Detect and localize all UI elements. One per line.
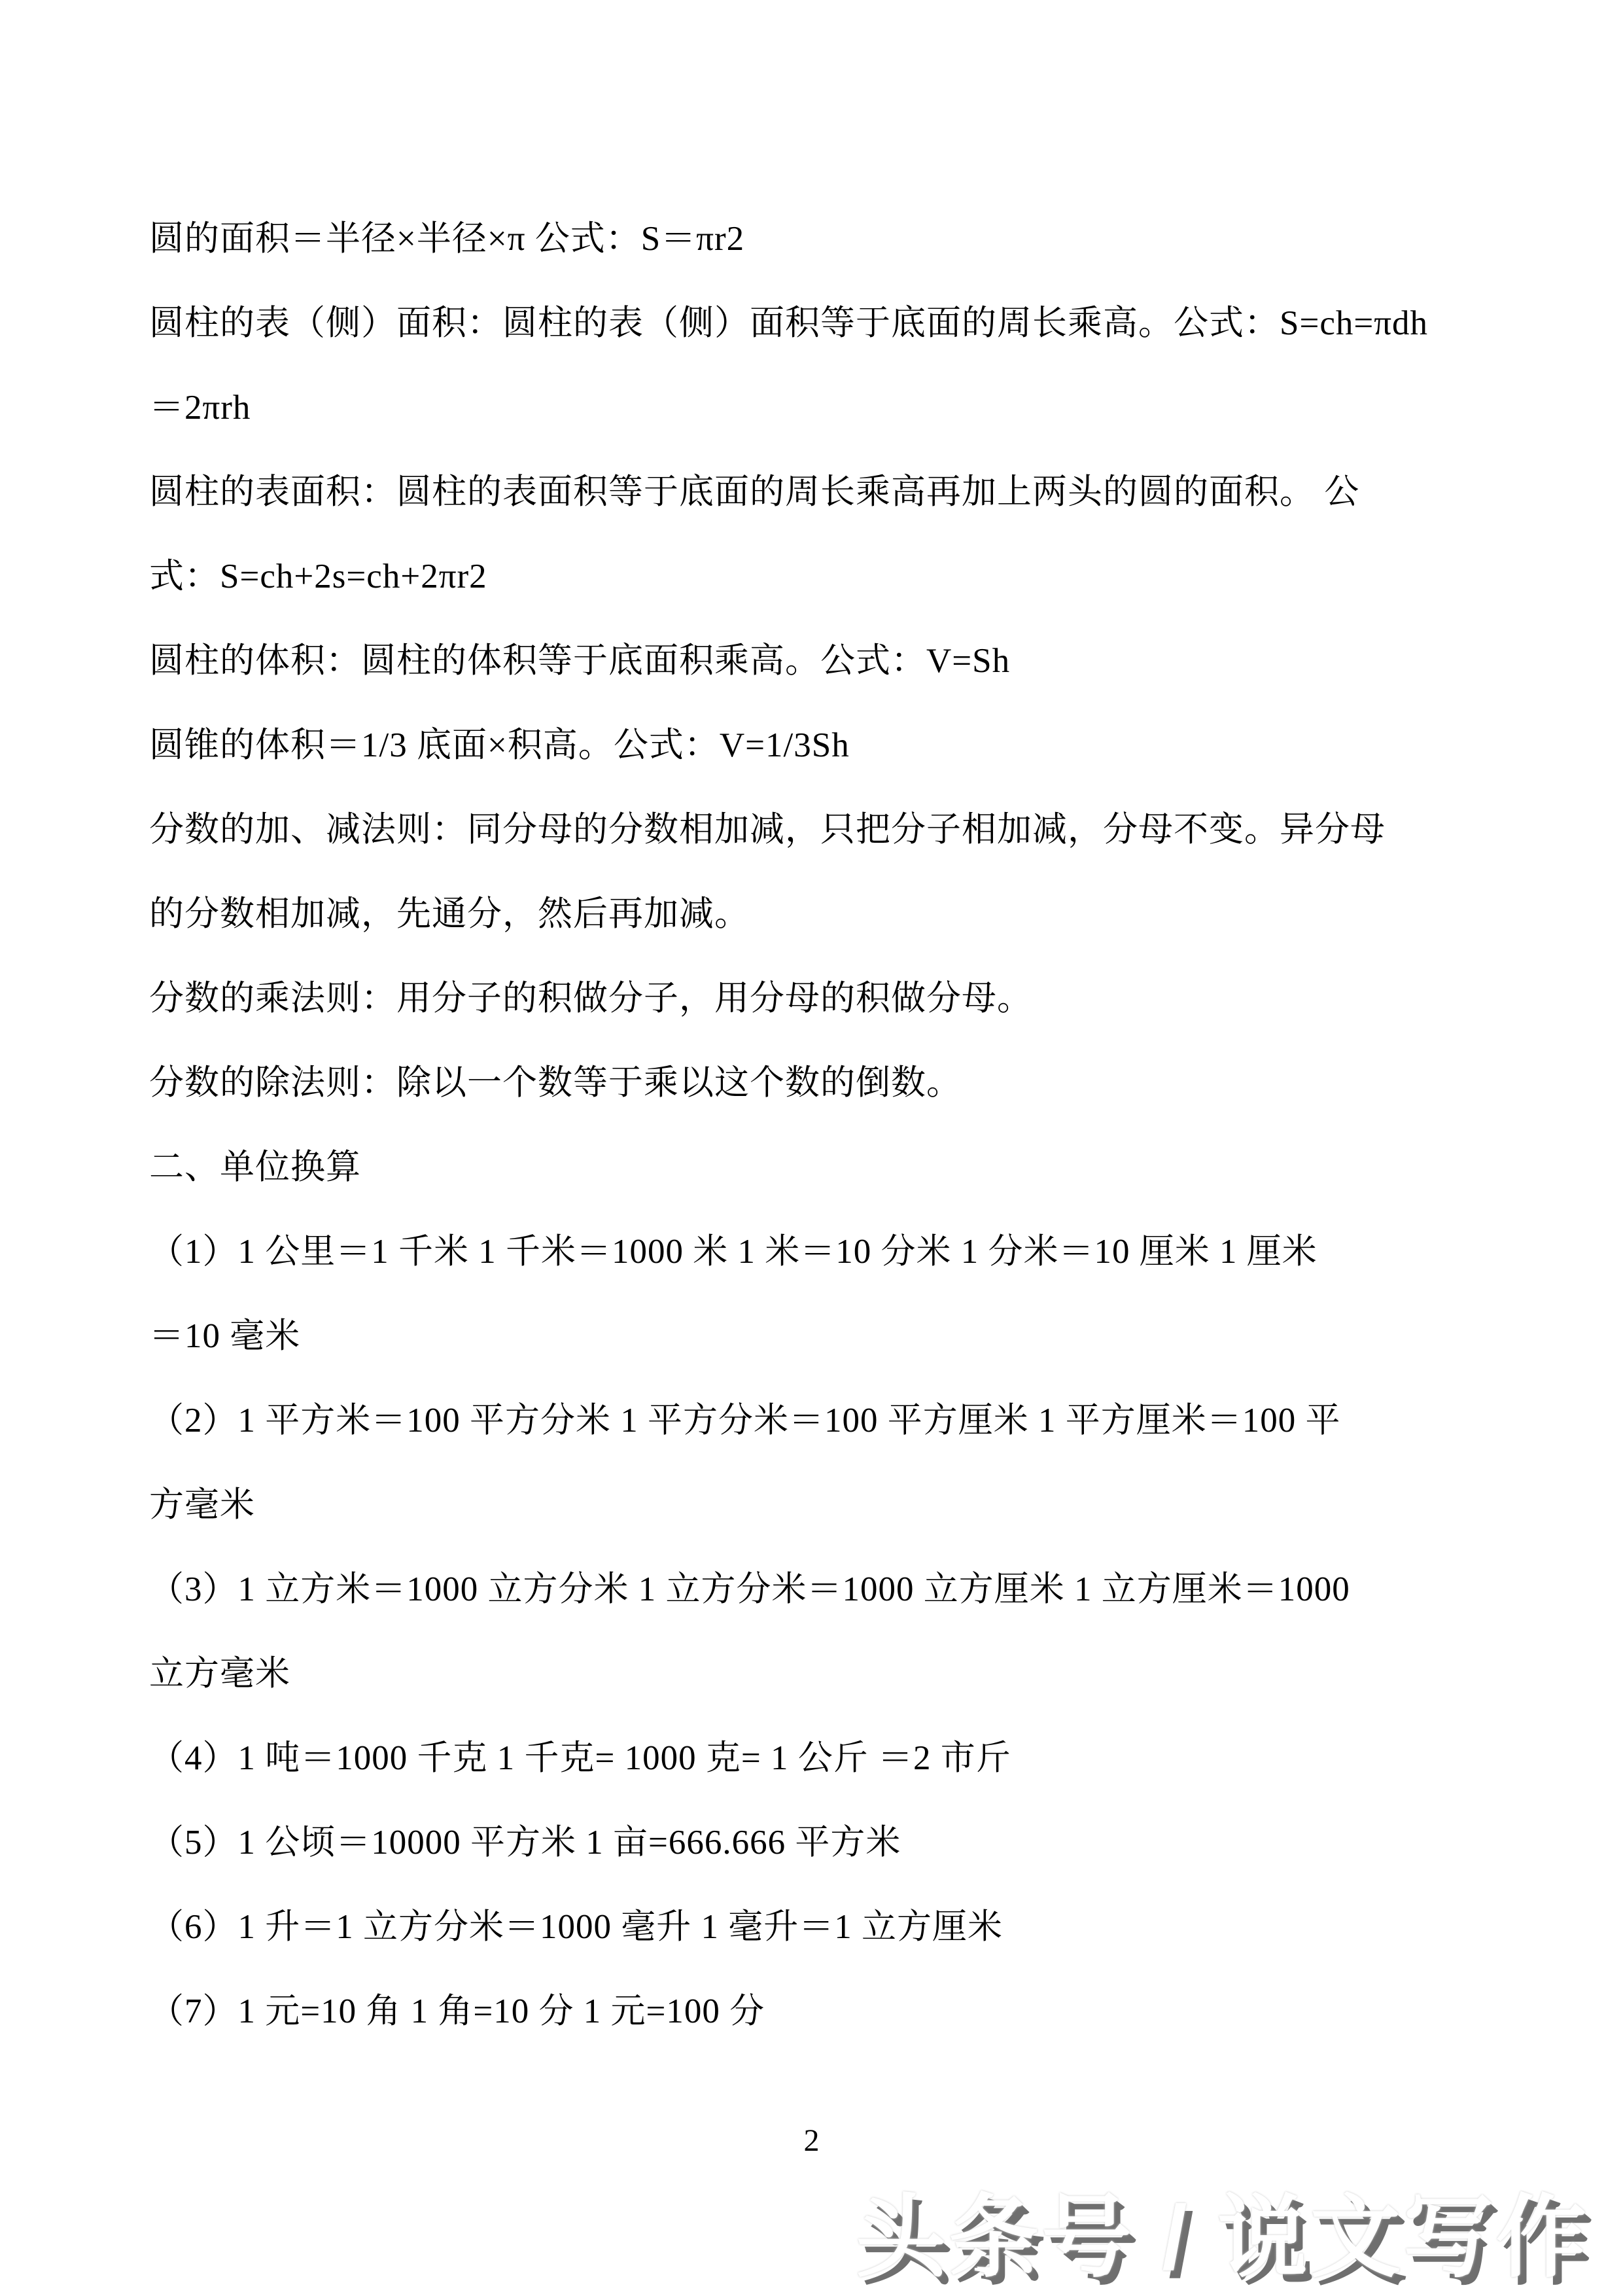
text-line: 圆柱的体积：圆柱的体积等于底面积乘高。公式：V=Sh — [149, 619, 1484, 703]
text-line: 分数的乘法则：用分子的积做分子，用分母的积做分母。 — [149, 957, 1484, 1041]
text-line: （2）1 平方米＝100 平方分米 1 平方分米＝100 平方厘米 1 平方厘米… — [149, 1379, 1484, 1463]
text-line: （7）1 元=10 角 1 角=10 分 1 元=100 分 — [149, 1969, 1484, 2054]
watermark-toutiao: 头条号 / 说文写作 — [856, 2189, 1589, 2287]
text-line: 立方毫米 — [149, 1632, 1484, 1716]
page-number: 2 — [0, 2121, 1623, 2161]
text-line: ＝10 毫米 — [149, 1294, 1484, 1379]
text-line: 二、单位换算 — [149, 1125, 1484, 1210]
text-line: 式：S=ch+2s=ch+2πr2 — [149, 535, 1484, 619]
text-line: 分数的除法则：除以一个数等于乘以这个数的倒数。 — [149, 1041, 1484, 1125]
text-line: 方毫米 — [149, 1463, 1484, 1547]
text-line: （3）1 立方米＝1000 立方分米 1 立方分米＝1000 立方厘米 1 立方… — [149, 1547, 1484, 1632]
text-line: （5）1 公顷＝10000 平方米 1 亩=666.666 平方米 — [149, 1801, 1484, 1885]
text-line: 圆柱的表（侧）面积：圆柱的表（侧）面积等于底面的周长乘高。公式：S=ch=πdh — [149, 281, 1484, 366]
text-line: （6）1 升＝1 立方分米＝1000 毫升 1 毫升＝1 立方厘米 — [149, 1885, 1484, 1969]
text-line: ＝2πrh — [149, 366, 1484, 450]
document-body: 圆的面积＝半径×半径×π 公式：S＝πr2 圆柱的表（侧）面积：圆柱的表（侧）面… — [149, 197, 1484, 2054]
text-line: 分数的加、减法则：同分母的分数相加减，只把分子相加减，分母不变。异分母 — [149, 788, 1484, 872]
text-line: （1）1 公里＝1 千米 1 千米＝1000 米 1 米＝10 分米 1 分米＝… — [149, 1210, 1484, 1294]
text-line: 圆的面积＝半径×半径×π 公式：S＝πr2 — [149, 197, 1484, 281]
text-line: 圆锥的体积＝1/3 底面×积高。公式：V=1/3Sh — [149, 703, 1484, 788]
text-line: 圆柱的表面积：圆柱的表面积等于底面的周长乘高再加上两头的圆的面积。 公 — [149, 450, 1484, 535]
text-line: 的分数相加减，先通分，然后再加减。 — [149, 872, 1484, 957]
text-line: （4）1 吨＝1000 千克 1 千克= 1000 克= 1 公斤 ＝2 市斤 — [149, 1716, 1484, 1801]
document-page: 圆的面积＝半径×半径×π 公式：S＝πr2 圆柱的表（侧）面积：圆柱的表（侧）面… — [0, 0, 1623, 2296]
